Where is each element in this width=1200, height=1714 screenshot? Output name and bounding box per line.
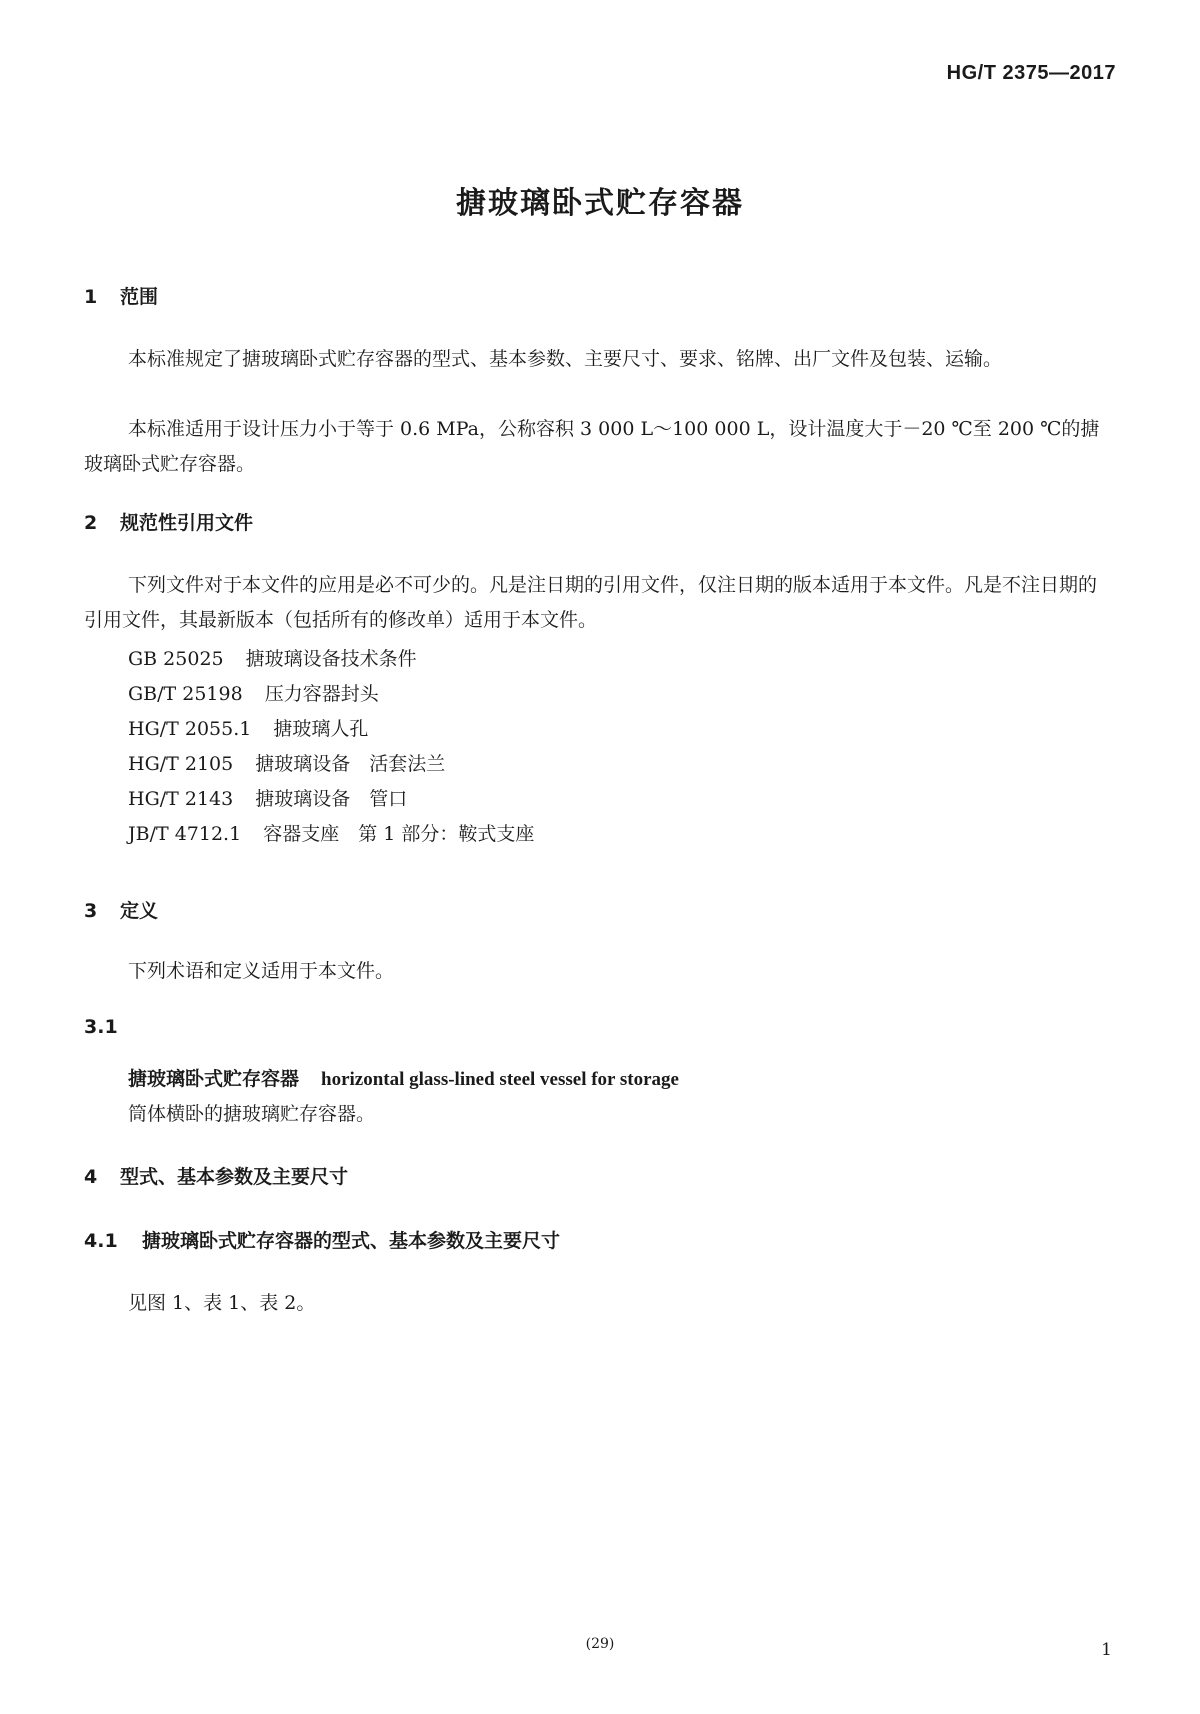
section-title: 范围 [120, 286, 158, 308]
section-number: 2 [84, 512, 120, 534]
paragraph: 见图 1、表 1、表 2。 [128, 1288, 315, 1315]
subsection-4-1-heading: 4.1搪玻璃卧式贮存容器的型式、基本参数及主要尺寸 [84, 1226, 560, 1253]
section-3-heading: 3定义 [84, 896, 158, 923]
paragraph: 下列术语和定义适用于本文件。 [84, 954, 1114, 989]
term-entry: 搪玻璃卧式贮存容器horizontal glass-lined steel ve… [128, 1064, 679, 1091]
reference-code: HG/T 2105 [128, 753, 233, 775]
reference-item: GB/T 25198压力容器封头 [128, 679, 379, 706]
term-chinese: 搪玻璃卧式贮存容器 [128, 1068, 299, 1090]
reference-title: 搪玻璃设备 管口 [255, 788, 407, 810]
section-title: 型式、基本参数及主要尺寸 [120, 1166, 348, 1188]
page-number-center: (29) [0, 1636, 1200, 1652]
subsection-number: 4.1 [84, 1230, 142, 1252]
reference-code: HG/T 2055.1 [128, 718, 251, 740]
reference-code: GB 25025 [128, 648, 224, 670]
term-definition: 筒体横卧的搪玻璃贮存容器。 [128, 1099, 375, 1126]
paragraph: 本标准规定了搪玻璃卧式贮存容器的型式、基本参数、主要尺寸、要求、铭牌、出厂文件及… [84, 342, 1114, 377]
reference-title: 搪玻璃设备 活套法兰 [255, 753, 445, 775]
reference-item: HG/T 2105搪玻璃设备 活套法兰 [128, 749, 445, 776]
page-number-right: 1 [1101, 1640, 1112, 1660]
reference-item: GB 25025搪玻璃设备技术条件 [128, 644, 417, 671]
standard-code: HG/T 2375—2017 [947, 62, 1116, 85]
subsection-title: 搪玻璃卧式贮存容器的型式、基本参数及主要尺寸 [142, 1230, 560, 1252]
reference-item: HG/T 2055.1搪玻璃人孔 [128, 714, 368, 741]
reference-title: 搪玻璃人孔 [273, 718, 368, 740]
section-number: 4 [84, 1166, 120, 1188]
section-title: 定义 [120, 900, 158, 922]
section-1-heading: 1范围 [84, 282, 158, 309]
reference-item: HG/T 2143搪玻璃设备 管口 [128, 784, 407, 811]
reference-code: GB/T 25198 [128, 683, 243, 705]
reference-item: JB/T 4712.1容器支座 第 1 部分：鞍式支座 [128, 819, 534, 846]
reference-title: 压力容器封头 [265, 683, 379, 705]
reference-code: HG/T 2143 [128, 788, 233, 810]
section-4-heading: 4型式、基本参数及主要尺寸 [84, 1162, 348, 1189]
section-title: 规范性引用文件 [120, 512, 253, 534]
reference-title: 容器支座 第 1 部分：鞍式支座 [263, 823, 534, 845]
document-title: 搪玻璃卧式贮存容器 [0, 178, 1200, 222]
paragraph: 下列文件对于本文件的应用是必不可少的。凡是注日期的引用文件，仅注日期的版本适用于… [84, 568, 1114, 638]
section-number: 3 [84, 900, 120, 922]
reference-title: 搪玻璃设备技术条件 [246, 648, 417, 670]
section-2-heading: 2规范性引用文件 [84, 508, 253, 535]
term-english: horizontal glass-lined steel vessel for … [321, 1069, 679, 1090]
section-number: 1 [84, 286, 120, 308]
subsection-3-1-number: 3.1 [84, 1016, 118, 1038]
reference-code: JB/T 4712.1 [128, 823, 241, 845]
paragraph: 本标准适用于设计压力小于等于 0.6 MPa，公称容积 3 000 L～100 … [84, 412, 1114, 482]
